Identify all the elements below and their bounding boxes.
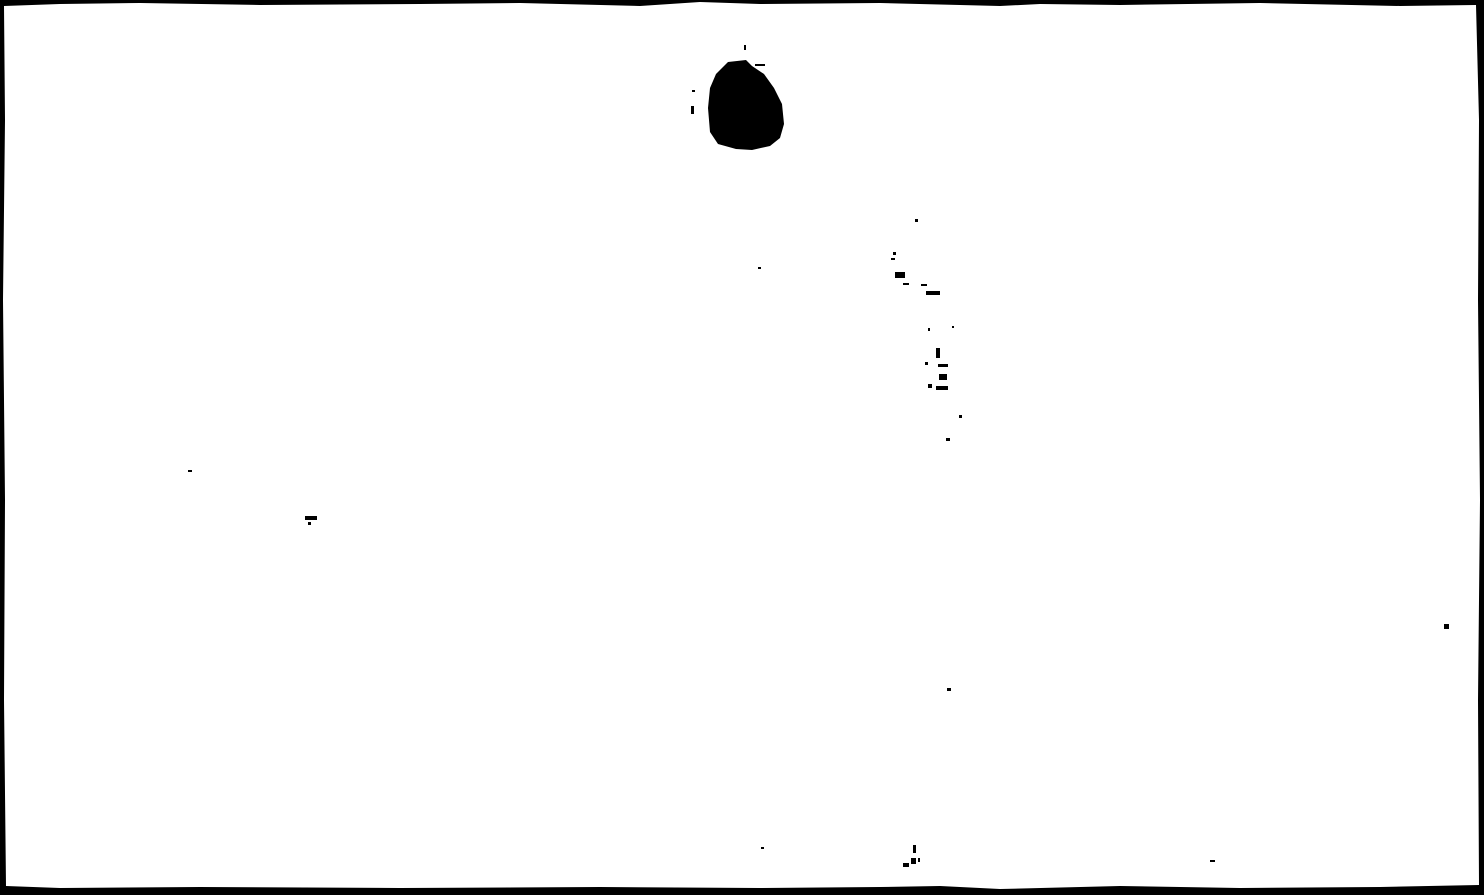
- binarized-image: [0, 0, 1484, 895]
